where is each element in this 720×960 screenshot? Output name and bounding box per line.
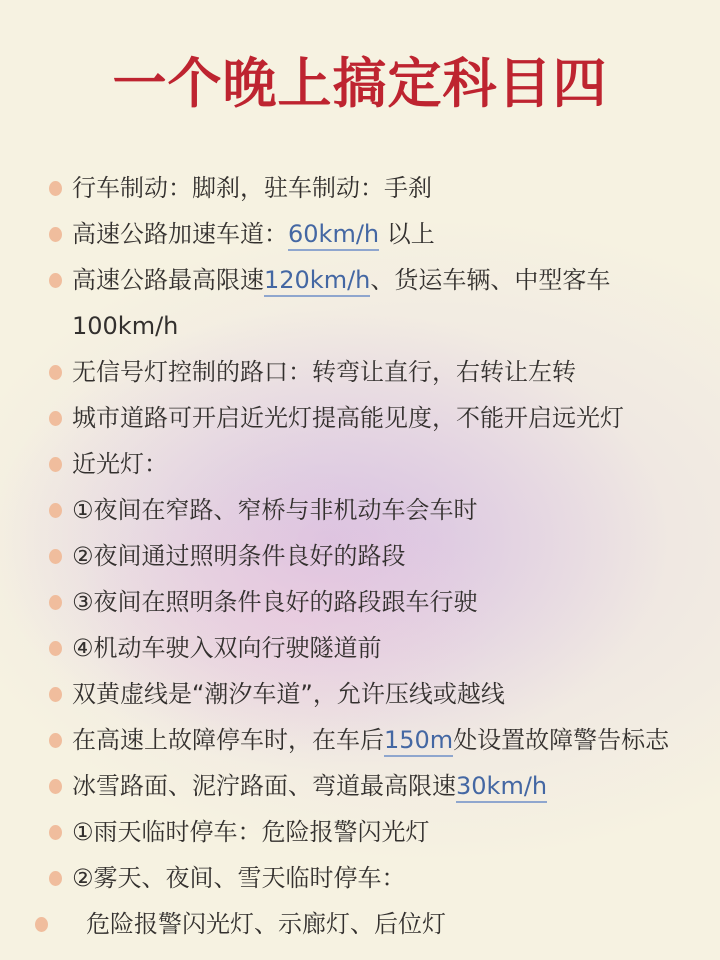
bullet-icon [49, 825, 62, 840]
note-text: 行车制动：脚刹，驻车制动：手刹 [72, 174, 432, 202]
bullet-icon [35, 917, 48, 932]
list-item: 行车制动：脚刹，驻车制动：手刹 [72, 165, 694, 211]
note-text: ①雨天临时停车：危险报警闪光灯 [72, 818, 430, 846]
note-text: 以上 [379, 220, 435, 248]
list-item: ④机动车驶入双向行驶隧道前 [72, 625, 694, 671]
highlighted-value: 60km/h [288, 220, 379, 251]
note-text: 高速公路最高限速 [72, 266, 264, 294]
note-text: 处设置故障警告标志 [453, 726, 669, 754]
note-text: 在高速上故障停车时，在车后 [72, 726, 384, 754]
bullet-icon [49, 641, 62, 656]
list-item: ①雨天临时停车：危险报警闪光灯 [72, 809, 694, 855]
note-text: 近光灯： [72, 450, 168, 478]
bullet-icon [49, 549, 62, 564]
notes-list: 行车制动：脚刹，驻车制动：手刹高速公路加速车道：60km/h 以上高速公路最高限… [0, 165, 720, 947]
study-notes-page: 一个晚上搞定科目四 行车制动：脚刹，驻车制动：手刹高速公路加速车道：60km/h… [0, 0, 720, 960]
note-text: ②雾天、夜间、雪天临时停车： [72, 864, 406, 892]
highlighted-value: 150m [384, 726, 453, 757]
list-item: 无信号灯控制的路口：转弯让直行，右转让左转 [72, 349, 694, 395]
note-text: 无信号灯控制的路口：转弯让直行，右转让左转 [72, 358, 576, 386]
bullet-icon [49, 227, 62, 242]
note-text: 双黄虚线是“潮汐车道”，允许压线或越线 [72, 680, 505, 708]
bullet-icon [49, 779, 62, 794]
note-text: 冰雪路面、泥泞路面、弯道最高限速 [72, 772, 456, 800]
bullet-icon [49, 595, 62, 610]
note-text: 危险报警闪光灯、示廊灯、后位灯 [86, 910, 446, 938]
bullet-icon [49, 411, 62, 426]
list-item: 危险报警闪光灯、示廊灯、后位灯 [72, 901, 694, 947]
highlighted-value: 120km/h [264, 266, 370, 297]
list-item: 双黄虚线是“潮汐车道”，允许压线或越线 [72, 671, 694, 717]
list-item: 冰雪路面、泥泞路面、弯道最高限速30km/h [72, 763, 694, 809]
list-item: 近光灯： [72, 441, 694, 487]
bullet-icon [49, 365, 62, 380]
list-item: ①夜间在窄路、窄桥与非机动车会车时 [72, 487, 694, 533]
list-item: ③夜间在照明条件良好的路段跟车行驶 [72, 579, 694, 625]
bullet-icon [49, 503, 62, 518]
list-item: 城市道路可开启近光灯提高能见度，不能开启远光灯 [72, 395, 694, 441]
note-text: 城市道路可开启近光灯提高能见度，不能开启远光灯 [72, 404, 624, 432]
page-title: 一个晚上搞定科目四 [0, 0, 720, 114]
note-text: ②夜间通过照明条件良好的路段 [72, 542, 406, 570]
list-item: ②夜间通过照明条件良好的路段 [72, 533, 694, 579]
list-item: 高速公路最高限速120km/h、货运车辆、中型客车100km/h [72, 257, 694, 349]
bullet-icon [49, 181, 62, 196]
highlighted-value: 30km/h [456, 772, 547, 803]
note-text: 100km/h [72, 312, 178, 340]
list-item: 在高速上故障停车时，在车后150m处设置故障警告标志 [72, 717, 694, 763]
list-item: ②雾天、夜间、雪天临时停车： [72, 855, 694, 901]
note-text: ③夜间在照明条件良好的路段跟车行驶 [72, 588, 478, 616]
bullet-icon [49, 687, 62, 702]
note-text: 高速公路加速车道： [72, 220, 288, 248]
bullet-icon [49, 871, 62, 886]
note-text: ④机动车驶入双向行驶隧道前 [72, 634, 382, 662]
list-item: 高速公路加速车道：60km/h 以上 [72, 211, 694, 257]
bullet-icon [49, 457, 62, 472]
note-text: 、货运车辆、中型客车 [370, 266, 610, 294]
note-text: ①夜间在窄路、窄桥与非机动车会车时 [72, 496, 478, 524]
bullet-icon [49, 733, 62, 748]
bullet-icon [49, 273, 62, 288]
